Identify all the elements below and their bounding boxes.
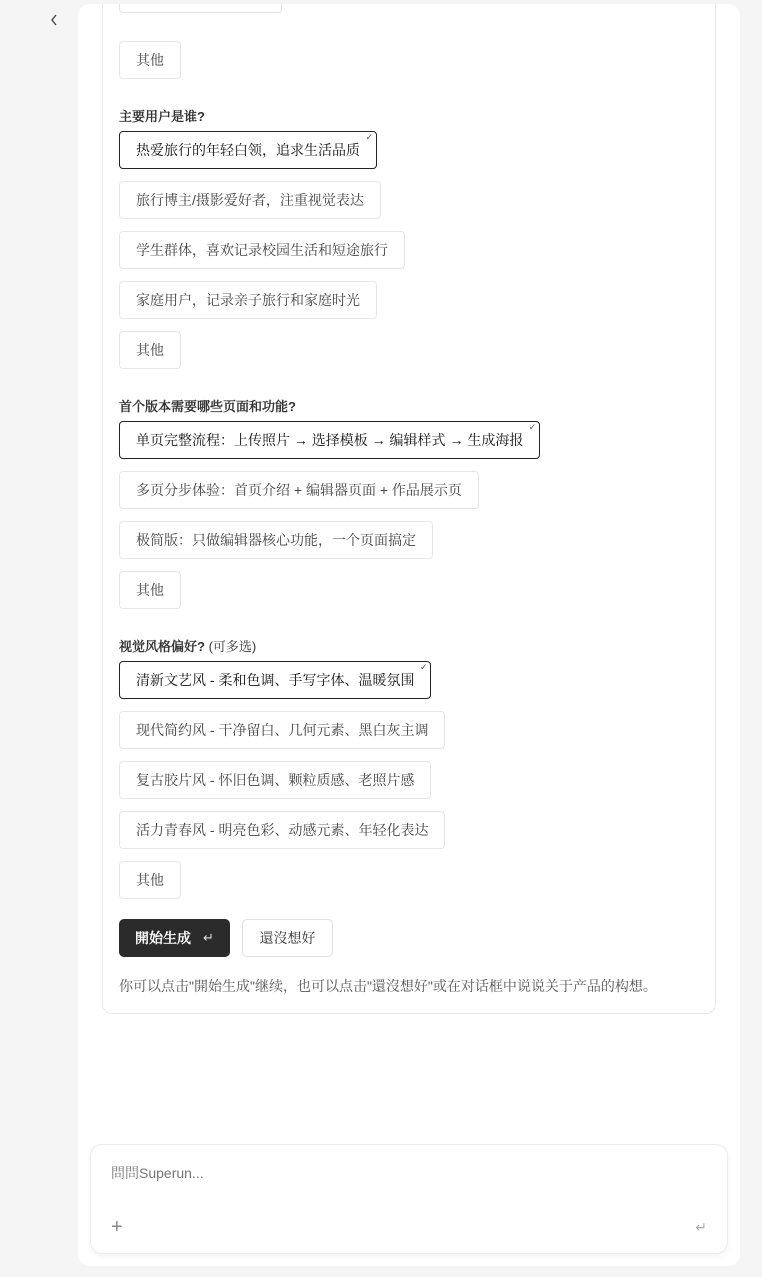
chat-composer: + ↵ xyxy=(90,1144,728,1254)
chat-input[interactable] xyxy=(111,1165,701,1181)
option-q1-0[interactable]: 热爱旅行的年轻白领，追求生活品质✓ xyxy=(119,131,377,169)
question-title: 视觉风格偏好? (可多选) xyxy=(119,636,256,655)
question-title: 主要用户是谁? xyxy=(119,106,205,125)
option-q2-1[interactable]: 多页分步体验：首页介绍 + 编辑器页面 + 作品展示页 xyxy=(119,471,479,509)
hint-text: 你可以点击"開始生成"继续，也可以点击"還沒想好"或在对话框中说说关于产品的构想… xyxy=(119,976,657,996)
question-card: 其他 主要用户是谁? 热爱旅行的年轻白领，追求生活品质✓ 旅行博主/摄影爱好者，… xyxy=(102,4,716,1014)
previous-option-partial[interactable] xyxy=(119,4,282,13)
check-icon: ✓ xyxy=(420,660,428,674)
check-icon: ✓ xyxy=(529,420,537,434)
option-q2-0[interactable]: 单页完整流程：上传照片 → 选择模板 → 编辑样式 → 生成海报✓ xyxy=(119,421,540,459)
chevron-left-icon xyxy=(50,14,58,26)
back-button[interactable] xyxy=(46,10,62,30)
option-q3-other[interactable]: 其他 xyxy=(119,861,181,899)
option-q2-other[interactable]: 其他 xyxy=(119,571,181,609)
option-previous-other[interactable]: 其他 xyxy=(119,41,181,79)
option-q2-2[interactable]: 极简版：只做编辑器核心功能，一个页面搞定 xyxy=(119,521,433,559)
option-q1-2[interactable]: 学生群体，喜欢记录校园生活和短途旅行 xyxy=(119,231,405,269)
send-icon[interactable]: ↵ xyxy=(695,1219,707,1236)
enter-icon: ↵ xyxy=(203,930,214,946)
start-generate-button[interactable]: 開始生成 ↵ xyxy=(119,919,230,957)
option-q3-3[interactable]: 活力青春风 - 明亮色彩、动感元素、年轻化表达 xyxy=(119,811,445,849)
option-q3-2[interactable]: 复古胶片风 - 怀旧色调、颗粒质感、老照片感 xyxy=(119,761,431,799)
check-icon: ✓ xyxy=(365,130,373,144)
question-title: 首个版本需要哪些页面和功能? xyxy=(119,396,296,415)
option-q1-1[interactable]: 旅行博主/摄影爱好者，注重视觉表达 xyxy=(119,181,381,219)
option-q3-0[interactable]: 清新文艺风 - 柔和色调、手写字体、温暖氛围✓ xyxy=(119,661,431,699)
option-q1-other[interactable]: 其他 xyxy=(119,331,181,369)
plus-icon[interactable]: + xyxy=(111,1217,123,1237)
option-q3-1[interactable]: 现代简约风 - 干净留白、几何元素、黑白灰主调 xyxy=(119,711,445,749)
not-ready-button[interactable]: 還沒想好 xyxy=(242,919,333,957)
option-q1-3[interactable]: 家庭用户，记录亲子旅行和家庭时光 xyxy=(119,281,377,319)
chat-panel: 其他 主要用户是谁? 热爱旅行的年轻白领，追求生活品质✓ 旅行博主/摄影爱好者，… xyxy=(78,4,740,1266)
